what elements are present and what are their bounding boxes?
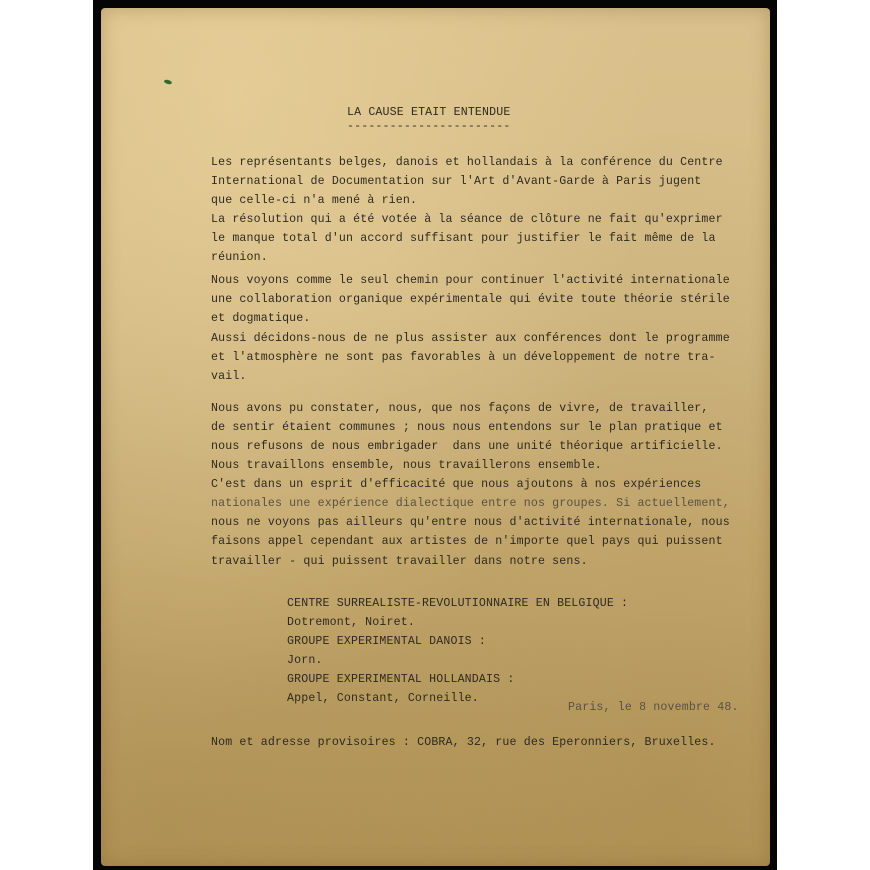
body-line: le manque total d'un accord suffisant po… <box>211 232 716 245</box>
body-line: et dogmatique. <box>211 312 311 325</box>
body-line: Nous travaillons ensemble, nous travaill… <box>211 459 602 472</box>
body-line: La résolution qui a été votée à la séanc… <box>211 213 723 226</box>
signatory-group-denmark: GROUPE EXPERIMENTAL DANOIS : <box>287 635 486 648</box>
body-line: nous ne voyons pas ailleurs qu'entre nou… <box>211 516 730 529</box>
body-line: Nous avons pu constater, nous, que nos f… <box>211 402 709 415</box>
signatory-names-belgium: Dotremont, Noiret. <box>287 616 415 629</box>
body-line: Aussi décidons-nous de ne plus assister … <box>211 332 730 345</box>
body-line: C'est dans un esprit d'efficacité que no… <box>211 478 701 491</box>
signatory-names-denmark: Jorn. <box>287 654 323 667</box>
provisional-address: Nom et adresse provisoires : COBRA, 32, … <box>211 736 716 749</box>
body-line: que celle-ci n'a mené à rien. <box>211 194 417 207</box>
body-line: nationales une expérience dialectique en… <box>211 497 730 510</box>
body-line: réunion. <box>211 251 268 264</box>
body-line: Les représentants belges, danois et holl… <box>211 156 723 169</box>
signatory-group-belgium: CENTRE SURREALISTE-REVOLUTIONNAIRE EN BE… <box>287 597 628 610</box>
body-line: et l'atmosphère ne sont pas favorables à… <box>211 351 716 364</box>
document-title: LA CAUSE ETAIT ENTENDUE <box>347 106 510 119</box>
body-line: International de Documentation sur l'Art… <box>211 175 701 188</box>
body-line: Nous voyons comme le seul chemin pour co… <box>211 274 730 287</box>
body-line: travailler - qui puissent travailler dan… <box>211 555 588 568</box>
document-date: Paris, le 8 novembre 48. <box>568 701 739 714</box>
body-line: vail. <box>211 370 247 383</box>
signatory-group-netherlands: GROUPE EXPERIMENTAL HOLLANDAIS : <box>287 673 514 686</box>
title-underline: ----------------------- <box>347 120 510 133</box>
body-line: de sentir étaient communes ; nous nous e… <box>211 421 723 434</box>
body-line: une collaboration organique expérimental… <box>211 293 730 306</box>
body-line: faisons appel cependant aux artistes de … <box>211 535 723 548</box>
body-line: nous refusons de nous embrigader dans un… <box>211 440 723 453</box>
signatory-names-netherlands: Appel, Constant, Corneille. <box>287 692 479 705</box>
